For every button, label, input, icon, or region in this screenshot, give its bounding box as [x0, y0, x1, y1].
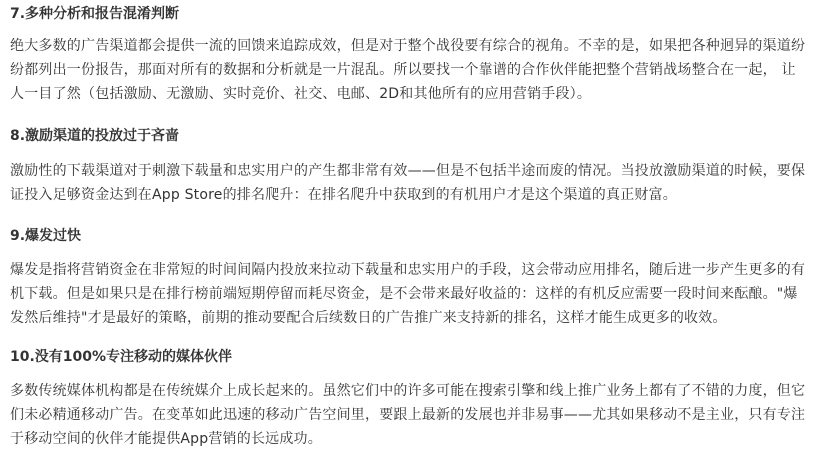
section-paragraph-10: 多数传统媒体机构都是在传统媒介上成长起来的。虽然它们中的许多可能在搜索引擎和线上… — [10, 379, 805, 451]
section-heading-10: 10.没有100%专注移动的媒体伙伴 — [10, 347, 232, 367]
section-paragraph-8: 激励性的下载渠道对于刺激下载量和忠实用户的产生都非常有效——但是不包括半途而废的… — [10, 159, 805, 207]
paragraph-line: 人一目了然（包括激励、无激励、实时竞价、社交、电邮、2D和其他所有的应用营销手段… — [10, 82, 805, 106]
article-body: 7.多种分析和报告混淆判断 绝大多数的广告渠道都会提供一流的回馈来追踪成效，但是… — [0, 0, 820, 457]
section-heading-9: 9.爆发过快 — [10, 226, 81, 246]
paragraph-line: 爆发是指将营销资金在非常短的时间间隔内投放来拉动下载量和忠实用户的手段，这会带动… — [10, 258, 805, 282]
paragraph-line: 激励性的下载渠道对于刺激下载量和忠实用户的产生都非常有效——但是不包括半途而废的… — [10, 159, 805, 183]
paragraph-line: 多数传统媒体机构都是在传统媒介上成长起来的。虽然它们中的许多可能在搜索引擎和线上… — [10, 379, 805, 403]
paragraph-line: 发然后维持"才是最好的策略，前期的推动要配合后续数日的广告推广来支持新的排名，这… — [10, 306, 805, 330]
paragraph-line: 证投入足够资金达到在App Store的排名爬升：在排名爬升中获取到的有机用户才… — [10, 183, 805, 207]
paragraph-line: 纷都列出一份报告，那面对所有的数据和分析就是一片混乱。所以要找一个靠谱的合作伙伴… — [10, 58, 805, 82]
section-heading-8: 8.激励渠道的投放过于吝啬 — [10, 126, 179, 146]
section-paragraph-7: 绝大多数的广告渠道都会提供一流的回馈来追踪成效，但是对于整个战役要有综合的视角。… — [10, 34, 805, 106]
section-heading-7: 7.多种分析和报告混淆判断 — [10, 4, 179, 24]
paragraph-line: 机下载。但是如果只是在排行榜前端短期停留而耗尽资金，是不会带来最好收益的：这样的… — [10, 282, 805, 306]
paragraph-line: 于移动空间的伙伴才能提供App营销的长远成功。 — [10, 427, 805, 451]
paragraph-line: 们未必精通移动广告。在变革如此迅速的移动广告空间里，要跟上最新的发展也并非易事—… — [10, 403, 805, 427]
paragraph-line: 绝大多数的广告渠道都会提供一流的回馈来追踪成效，但是对于整个战役要有综合的视角。… — [10, 34, 805, 58]
section-paragraph-9: 爆发是指将营销资金在非常短的时间间隔内投放来拉动下载量和忠实用户的手段，这会带动… — [10, 258, 805, 330]
